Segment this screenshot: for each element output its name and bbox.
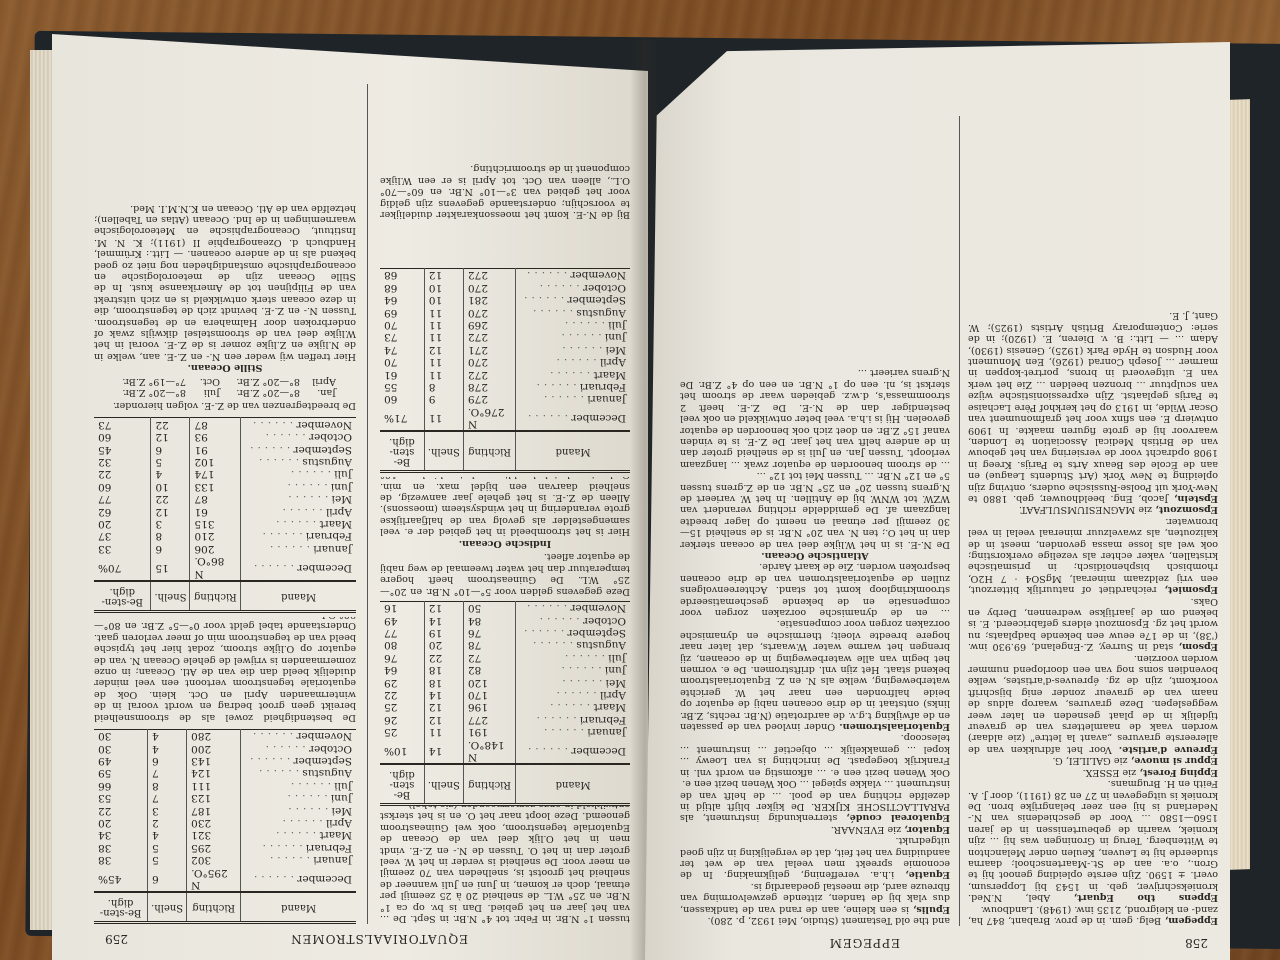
entry-head: Epstein, (1168, 493, 1218, 504)
cell-richting: 302 (187, 854, 241, 866)
header-maand: Maand (241, 581, 356, 612)
cell-richting: N 86°O. (190, 555, 241, 581)
table-row: Maart ......315320 (94, 518, 356, 530)
cell-bestendigheid: 69 (380, 306, 424, 318)
cell-snelheid: 5 (148, 854, 187, 866)
cell-richting: 187 (187, 804, 241, 816)
cell-bestendigheid: 55 (380, 381, 424, 393)
cell-month: December ...... (241, 555, 356, 581)
cell-richting: 279 (463, 393, 515, 405)
cell-snelheid: 12 (424, 269, 463, 282)
entry-head: Equatoriaalstromen. (839, 721, 950, 732)
header-snelh: Snelh. (148, 892, 187, 923)
table-row: September ......91645 (94, 443, 356, 455)
cell-snelheid: 22 (151, 418, 190, 431)
cell-richting: 270 (463, 356, 515, 368)
cell-snelheid: 10 (424, 294, 463, 306)
cell-snelheid: 20 (424, 639, 463, 651)
cell-snelheid: 3 (151, 518, 190, 530)
cell-month: December ...... (516, 406, 630, 432)
cell-bestendigheid: 60 (94, 431, 151, 443)
cell-snelheid: 3 (148, 804, 187, 816)
cell-snelheid: 11 (424, 356, 463, 368)
table-row: Februari ......2771226 (380, 713, 630, 725)
cell-bestendigheid: 25 (380, 701, 424, 713)
cell-bestendigheid: 45 (94, 443, 151, 455)
cell-bestendigheid: 26 (380, 713, 424, 725)
table-row: September ......761977 (380, 627, 630, 639)
leader-dots: ...... (255, 456, 299, 468)
cell-month: November ...... (241, 729, 356, 742)
leader-dots: ...... (272, 829, 316, 841)
table-body: December ......N 148°O.1410%Januari ....… (380, 601, 630, 764)
heading-atlantische-oceaan: Atlantische Oceaan. (680, 550, 950, 561)
table-row: Augustus ......782080 (380, 639, 630, 651)
cell-month: Mei ...... (241, 493, 356, 505)
cell-snelheid: 11 (424, 368, 463, 380)
cell-richting: 61 (190, 505, 241, 517)
cell-snelheid: 15 (151, 555, 190, 581)
entry-head: Eppur si muove, (1128, 755, 1218, 766)
cell-month: November ...... (241, 418, 356, 431)
leader-dots: ...... (546, 369, 590, 381)
cell-month: Juli ...... (516, 319, 630, 331)
cell-richting: 206 (190, 543, 241, 555)
cell-month: Juni ...... (516, 664, 630, 676)
cell-snelheid: 7 (148, 792, 187, 804)
cell-month: Maart ...... (241, 518, 356, 530)
text-mid: ... en de dynamische oorzaken zorgen voo… (680, 561, 950, 618)
cell-snelheid: 4 (148, 742, 187, 754)
header-richting: Richting (187, 892, 241, 923)
table-row: April ......611262 (94, 505, 356, 517)
table-row: December ......N 276°O.1171% (380, 406, 630, 432)
leader-dots: ...... (249, 419, 293, 431)
dictionary-entry: Epsomiet, reichardtiet of natuurlijk bit… (968, 515, 1218, 595)
leader-dots: ...... (259, 531, 303, 543)
table-row: Januari ......1911125 (380, 726, 630, 738)
header-snelh: Snelh. (424, 431, 463, 472)
cell-bestendigheid: 30 (94, 729, 148, 742)
dictionary-entry: Eppens tho Equart, Abel, N.Ned. kronieks… (968, 778, 1218, 903)
lat-month: Jan. (300, 387, 336, 398)
text-lower: Ook Wenen bezit een e. ... afkomstig en … (680, 732, 950, 778)
leader-dots: ...... (284, 805, 328, 817)
table-row: October ......841449 (380, 614, 630, 626)
leader-dots: ...... (524, 412, 568, 424)
cell-bestendigheid: 32 (94, 456, 151, 468)
cell-bestendigheid: 61 (380, 368, 424, 380)
cell-bestendigheid: 49 (380, 614, 424, 626)
cell-richting: 269 (463, 319, 515, 331)
cell-snelheid: 12 (424, 601, 463, 614)
running-head: EQUATORIAALSTROMEN (290, 932, 468, 946)
page-number: 258 (1185, 936, 1208, 950)
cell-richting: 277 (463, 713, 515, 725)
table-row: Juni ......1331060 (94, 480, 356, 492)
cell-richting: 50 (463, 601, 515, 614)
left-page-column-b: Maand Richting Snelh. Be-sten-digh. Dece… (94, 166, 356, 924)
lat-range: 7°—19° Z.Br. (106, 375, 186, 386)
table-row: Maart ......321434 (94, 829, 356, 841)
leader-dots: ...... (284, 481, 328, 493)
cell-richting: 272 (463, 331, 515, 343)
leader-dots: ...... (558, 677, 602, 689)
entry-head: Eppegem, (1161, 915, 1218, 926)
cell-snelheid: 4 (148, 729, 187, 742)
leader-dots: ...... (558, 664, 602, 676)
cell-snelheid: 6 (151, 443, 190, 455)
cell-richting: 321 (187, 829, 241, 841)
cell-snelheid: 11 (424, 331, 463, 343)
cell-bestendigheid: 53 (94, 792, 148, 804)
cell-bestendigheid: 22 (380, 689, 424, 701)
left-page-noe-block: Bij de N.-E. komt het moessonkarakter du… (380, 163, 630, 220)
leader-dots: ...... (529, 639, 573, 651)
table-row: April ......1701422 (380, 689, 630, 701)
header-snelh: Snelh. (151, 581, 190, 612)
cell-month: Februari ...... (516, 381, 630, 393)
leader-dots: ...... (561, 319, 605, 331)
cell-month: Januari ...... (241, 543, 356, 555)
dictionary-entry: Epsom, stad in Surrey, Z.-Engeland, 69.9… (968, 595, 1218, 652)
cell-month: Maart ...... (241, 829, 356, 841)
cell-richting: 270 (463, 281, 515, 293)
leader-dots: ...... (524, 745, 568, 757)
leader-dots: ...... (259, 842, 303, 854)
table-row: Mei ......2711274 (380, 343, 630, 355)
text-stille-oceaan: Hier treffen wij weder een N.- en Z.-E. … (94, 166, 356, 362)
cell-richting: 91 (190, 443, 241, 455)
entry-head: Equatoreal coudé, (846, 812, 950, 823)
cell-richting: 72 (463, 651, 515, 663)
header-snelh: Snelh. (424, 764, 463, 805)
table-row: November ......2721268 (380, 269, 630, 282)
cell-richting: 120 (463, 676, 515, 688)
cell-bestendigheid: 38 (94, 841, 148, 853)
heading-stille-oceaan: Stille Oceaan. (94, 362, 356, 373)
cell-bestendigheid: 20 (94, 817, 148, 829)
leader-dots: ...... (250, 562, 294, 574)
cell-snelheid: 14 (424, 689, 463, 701)
header-richting: Richting (463, 764, 515, 805)
entry-text: Abel, N.Ned. kroniekschrijver, geb. in 1… (968, 778, 1218, 903)
cell-richting: 82 (463, 664, 515, 676)
cell-richting: 111 (187, 779, 241, 791)
cell-bestendigheid: 64 (380, 294, 424, 306)
cell-bestendigheid: 59 (94, 767, 148, 779)
cell-month: Augustus ...... (241, 767, 356, 779)
table-row: November ......501216 (380, 601, 630, 614)
cell-richting: 271 (463, 343, 515, 355)
cell-richting: 123 (187, 792, 241, 804)
table-body: December ......N 295°O.645%Januari .....… (94, 729, 356, 892)
cell-month: April ...... (241, 505, 356, 517)
leader-dots: ...... (266, 854, 310, 866)
entry-head: Epsom, (1173, 641, 1218, 652)
cell-richting: 272 (463, 269, 515, 282)
header-bestendigheid: Be-sten-digh. (94, 581, 151, 612)
lat-range: 8°—20° Z.Br. (220, 375, 300, 386)
cell-bestendigheid: 22 (94, 804, 148, 816)
dictionary-entry: Eppegem, Belg. gem. in de prov. Brabant,… (968, 903, 1218, 926)
entry-head: Equatie, (905, 869, 950, 880)
cell-richting: N 276°O. (463, 406, 515, 432)
table-row: September ......143649 (94, 755, 356, 767)
cell-richting: 133 (190, 480, 241, 492)
text-after-table-2: De bestendigheid zowel als de stroomsnel… (94, 617, 356, 723)
cell-bestendigheid: 34 (94, 829, 148, 841)
cell-snelheid: 8 (148, 779, 187, 791)
table-row: Mei ......872277 (94, 493, 356, 505)
cell-bestendigheid: 37 (94, 530, 151, 542)
cell-snelheid: 2 (148, 817, 187, 829)
right-page-column-1: Eppegem, Belg. gem. in de prov. Brabant,… (968, 156, 1218, 926)
cell-bestendigheid: 25 (380, 726, 424, 738)
cell-richting: 78 (463, 639, 515, 651)
cell-month: Maart ...... (516, 701, 630, 713)
cell-snelheid: 12 (424, 713, 463, 725)
leader-dots: ...... (553, 689, 597, 701)
cell-month: December ...... (241, 866, 356, 892)
cell-month: November ...... (516, 601, 630, 614)
cell-bestendigheid: 49 (94, 755, 148, 767)
dictionary-entries: Eppegem, Belg. gem. in de prov. Brabant,… (968, 310, 1218, 926)
table-row: October ......931260 (94, 431, 356, 443)
cell-bestendigheid: 33 (94, 543, 151, 555)
cell-bestendigheid: 60 (380, 393, 424, 405)
cell-snelheid: 11 (424, 306, 463, 318)
cell-bestendigheid: 70 (380, 356, 424, 368)
dictionary-entry: Épreuve d'artiste. Voor het afdrukken va… (968, 652, 1218, 755)
cell-month: Augustus ...... (516, 639, 630, 651)
cell-snelheid: 5 (148, 841, 187, 853)
cell-bestendigheid: 22 (94, 468, 151, 480)
cell-snelheid: 12 (151, 505, 190, 517)
entry-equator: Equator, zie EVENAAR. (680, 823, 950, 834)
cell-richting: 174 (190, 468, 241, 480)
cell-richting: 93 (190, 431, 241, 443)
leader-dots: ...... (523, 602, 567, 614)
cell-snelheid: 6 (148, 866, 187, 892)
running-head: EPPEGEM (829, 936, 900, 950)
table-row: Januari ......206633 (94, 543, 356, 555)
cell-month: Augustus ...... (241, 456, 356, 468)
cell-bestendigheid: 62 (94, 505, 151, 517)
table-atlantic-guinea: Maand Richting Snelh. Be-sten-digh. Dece… (380, 601, 630, 806)
cell-month: Juli ...... (241, 779, 356, 791)
table-indian-noe: Maand Richting Snelh. Be-sten-digh. Dece… (380, 268, 630, 473)
cell-month: Januari ...... (516, 393, 630, 405)
cell-richting: 272 (463, 368, 515, 380)
table-row: Augustus ......2701169 (380, 306, 630, 318)
text-after-table-1: Deze gegevens gelden voor 5°—10° N.Br. e… (380, 549, 630, 597)
lat-range: 8°—20° Z.Br. (220, 387, 300, 398)
cell-month: Juli ...... (516, 651, 630, 663)
cell-richting: 210 (190, 530, 241, 542)
leader-dots: ...... (529, 307, 573, 319)
table-row: November ......280430 (94, 729, 356, 742)
leader-dots: ...... (279, 817, 323, 829)
cell-snelheid: 10 (424, 281, 463, 293)
dictionary-entry: Epsomzout, zie MAGNESIUMSULFAAT. (968, 504, 1218, 515)
cell-month: Maart ...... (516, 368, 630, 380)
cell-month: Februari ...... (516, 713, 630, 725)
cell-month: Juni ...... (516, 331, 630, 343)
header-bestendigheid: Be-sten-digh. (380, 431, 424, 472)
cell-bestendigheid: 10% (380, 738, 424, 764)
cell-bestendigheid: 74 (380, 343, 424, 355)
heading-indische-oceaan: Indische Oceaan. (380, 537, 630, 548)
entry-head: Epsomzout, (1152, 504, 1218, 515)
cell-bestendigheid: 68 (380, 269, 424, 282)
leader-dots: ...... (262, 431, 306, 443)
cell-bestendigheid: 70% (94, 555, 151, 581)
cell-month: November ...... (516, 269, 630, 282)
cell-richting: 87 (190, 418, 241, 431)
cell-month: April ...... (516, 689, 630, 701)
latitude-list: Jan. 8°—20° Z.Br. Juli 8°—20° Z.Br. Apri… (94, 375, 336, 398)
leader-dots: ...... (284, 493, 328, 505)
cell-richting: 295 (187, 841, 241, 853)
table-row: October ......2701068 (380, 281, 630, 293)
cell-richting: 102 (190, 456, 241, 468)
cell-bestendigheid: 38 (94, 854, 148, 866)
right-page: EPPEGEM 258 Eppegem, Belg. gem. in de pr… (645, 42, 1230, 960)
cell-bestendigheid: 64 (380, 664, 424, 676)
text-atlantische-oceaan: De N.-E. is in het W.lijke deel van de o… (680, 470, 950, 550)
table-row: October ......200430 (94, 742, 356, 754)
right-page-column-2: and the old Testament (Studio, Mei 1932,… (680, 126, 950, 926)
entry-text: is een kleine, aan de rand van de tandka… (680, 881, 950, 915)
cell-richting: 200 (187, 742, 241, 754)
header-maand: Maand (516, 431, 630, 472)
table-row: Augustus ......124759 (94, 767, 356, 779)
leader-dots: ...... (561, 652, 605, 664)
table-row: December ......N 148°O.1410% (380, 738, 630, 764)
leader-dots: ...... (249, 730, 293, 742)
cell-bestendigheid: 71% (380, 406, 424, 432)
leader-dots: ...... (255, 767, 299, 779)
table-row: Januari ......279960 (380, 393, 630, 405)
leader-dots: ...... (533, 714, 577, 726)
cell-snelheid: 6 (148, 755, 187, 767)
cell-bestendigheid: 60 (94, 480, 151, 492)
cell-richting: 87 (190, 493, 241, 505)
table-indian-tegenstroom: Maand Richting Snelh. Be-sten-digh. Dece… (94, 729, 356, 924)
table-row: Maart ......2721161 (380, 368, 630, 380)
leader-dots: ...... (272, 518, 316, 530)
entry-text: zie GALILEI, G. (1052, 755, 1127, 766)
cell-snelheid: 6 (151, 543, 190, 555)
cell-bestendigheid: 73 (380, 331, 424, 343)
cell-richting: 124 (187, 767, 241, 779)
leader-dots: ...... (553, 356, 597, 368)
cell-month: April ...... (241, 817, 356, 829)
entry-text: zie EVENAAR. (831, 824, 901, 835)
cell-richting: 280 (187, 729, 241, 742)
cell-month: Juni ...... (241, 480, 356, 492)
column-divider (367, 84, 368, 924)
cell-snelheid: 18 (424, 664, 463, 676)
intro-text: tussen 1° N.Br. in Febr. tot 4° N.Br. in… (380, 806, 630, 924)
leader-dots: ...... (284, 792, 328, 804)
table-row: Augustus ......102532 (94, 456, 356, 468)
table-row: December ......N 295°O.645% (94, 866, 356, 892)
cell-bestendigheid: 30 (94, 742, 148, 754)
dictionary-entry: Epstein, Jacob, Eng. beeldhouwer, geb. 1… (968, 310, 1218, 504)
cell-bestendigheid: 20 (94, 518, 151, 530)
cell-bestendigheid: 76 (380, 651, 424, 663)
cell-richting: 143 (187, 755, 241, 767)
leader-dots: ...... (546, 701, 590, 713)
leader-dots: ...... (262, 743, 306, 755)
cell-richting: 196 (463, 701, 515, 713)
cell-richting: 84 (463, 614, 515, 626)
cell-bestendigheid: 29 (380, 676, 424, 688)
text-top: ... de stroom benoorden de equator zwak … (680, 367, 950, 470)
entry-equatoriaalstromen: Equatoriaalstromen. Onder invloed van de… (680, 618, 950, 732)
cell-richting: 191 (463, 726, 515, 738)
cell-snelheid: 11 (424, 726, 463, 738)
cell-month: Januari ...... (241, 854, 356, 866)
cell-bestendigheid: 16 (380, 601, 424, 614)
header-maand: Maand (241, 892, 356, 923)
cell-snelheid: 22 (151, 493, 190, 505)
cell-richting: 170 (463, 689, 515, 701)
leader-dots: ...... (246, 444, 290, 456)
cell-snelheid: 5 (151, 456, 190, 468)
leader-dots: ...... (287, 780, 331, 792)
table-body: December ......N 276°O.1171%Januari ....… (380, 269, 630, 432)
cell-richting: N 148°O. (463, 738, 515, 764)
table-row: Februari ......295538 (94, 841, 356, 853)
entry-head: Eppens tho Equart, (1050, 892, 1218, 903)
table-row: Februari ......210837 (94, 530, 356, 542)
entry-text: Voor het afdrukken van de allereerste gr… (968, 653, 1218, 755)
cell-snelheid: 12 (424, 701, 463, 713)
cell-snelheid: 14 (424, 614, 463, 626)
table-row: Juni ......123753 (94, 792, 356, 804)
entry-head: Épreuve d'artiste. (1112, 744, 1218, 755)
cell-bestendigheid: 77 (380, 627, 424, 639)
cell-month: Mei ...... (516, 343, 630, 355)
leader-dots: ...... (246, 755, 290, 767)
cell-snelheid: 8 (424, 381, 463, 393)
entry-epulis: Epulis, is een kleine, aan de rand van d… (680, 880, 950, 914)
cell-month: September ...... (241, 755, 356, 767)
cell-month: October ...... (516, 614, 630, 626)
leader-dots: ...... (520, 294, 564, 306)
entry-text: reichardtiet of natuurlijk bitterzout, e… (968, 516, 1218, 595)
leader-dots: ...... (536, 282, 580, 294)
cell-month: Mei ...... (241, 804, 356, 816)
cell-bestendigheid: 80 (380, 639, 424, 651)
lat-month: Juli (186, 387, 220, 398)
header-bestendigheid: Be-sten-digh. (94, 892, 148, 923)
entry-text: Jacob, Eng. beeldhouwer, geb. 1880 te Ne… (968, 310, 1218, 504)
cell-month: October ...... (241, 742, 356, 754)
table-row: April ......230220 (94, 817, 356, 829)
leader-dots: ...... (266, 543, 310, 555)
cell-snelheid: 11 (424, 406, 463, 432)
cell-bestendigheid: 45% (94, 866, 148, 892)
cell-richting: 76 (463, 627, 515, 639)
leader-dots: ...... (536, 615, 580, 627)
cell-month: Juni ...... (241, 792, 356, 804)
header-richting: Richting (190, 581, 241, 612)
cell-month: September ...... (516, 294, 630, 306)
